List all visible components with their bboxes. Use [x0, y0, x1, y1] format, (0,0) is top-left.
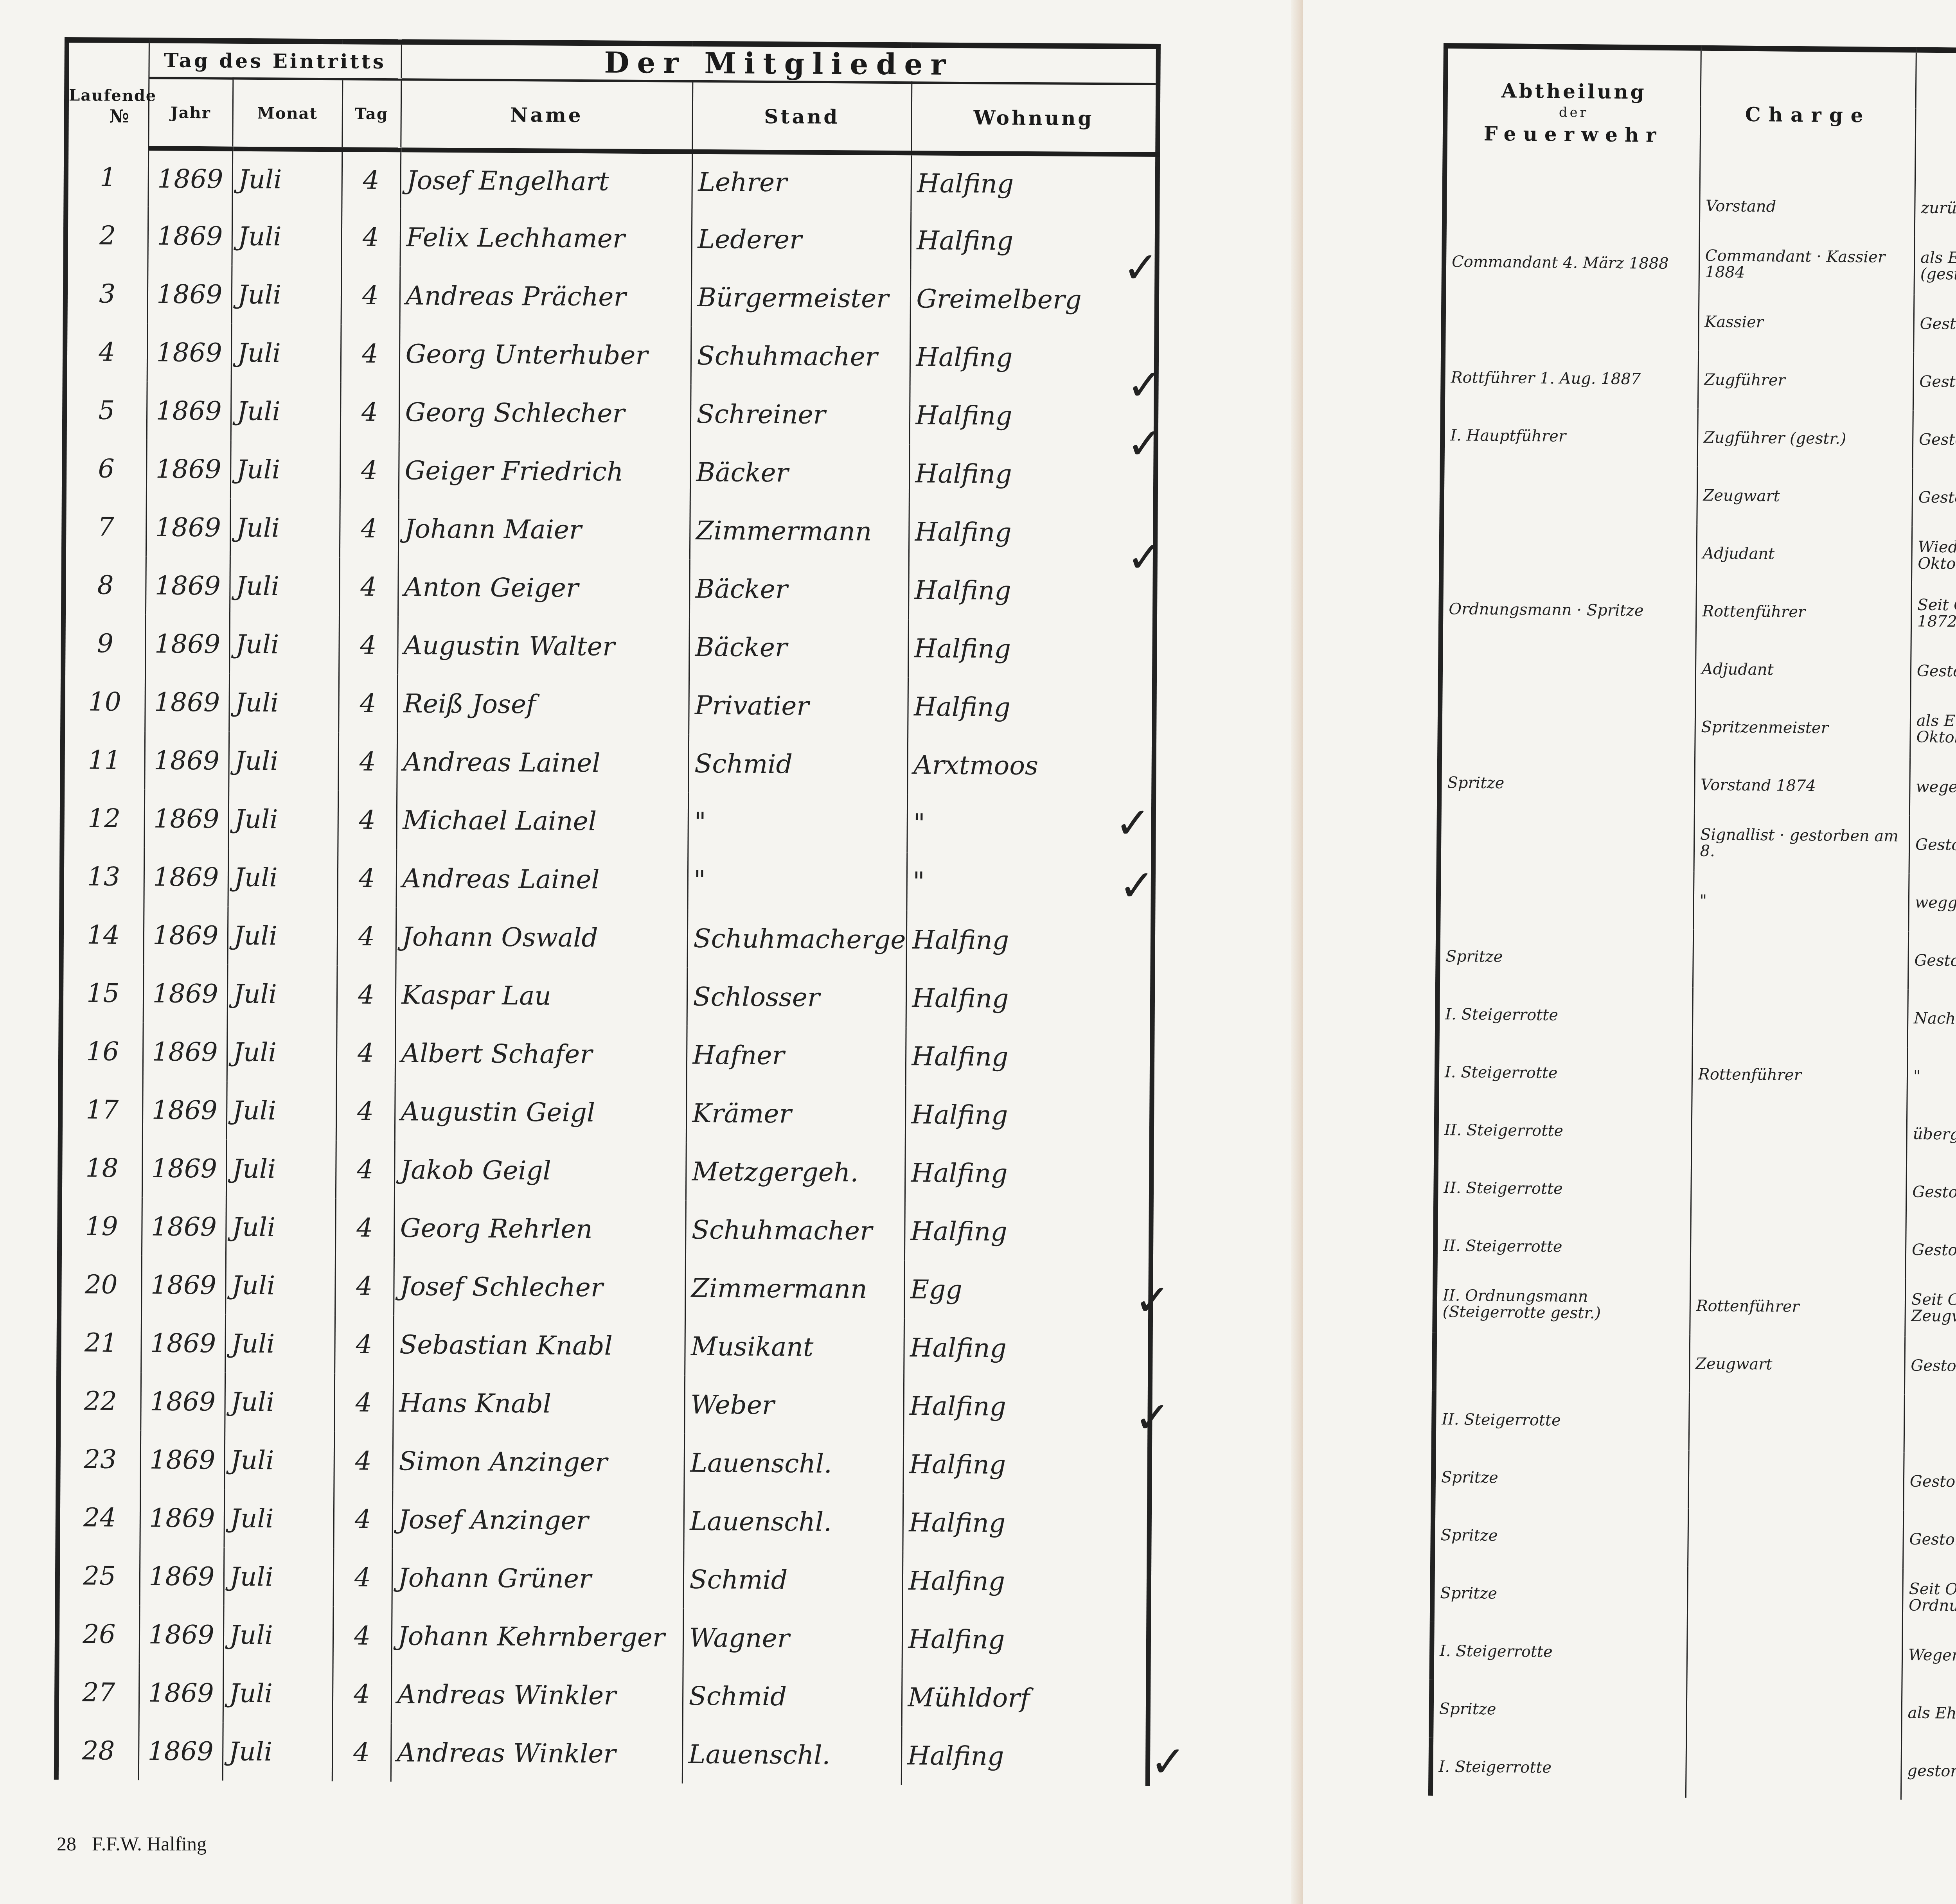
row-number: 3 — [65, 264, 148, 323]
entry-month: Juli — [229, 615, 339, 674]
left-page: Laufende Tag des Eintritts Der Mitgliede… — [0, 0, 1303, 1904]
entry-day: 4 — [336, 1024, 396, 1082]
row-number: 23 — [58, 1430, 140, 1489]
table-row: 141869Juli4Johann OswaldSchuhmachergeh.H… — [61, 905, 1153, 970]
header-der-mitglieder: Der Mitglieder — [401, 42, 1158, 84]
row-number: 18 — [60, 1139, 142, 1197]
entry-day: 4 — [341, 324, 400, 383]
member-occupation: Musikant — [685, 1317, 904, 1377]
entry-year: 1869 — [140, 1547, 224, 1606]
entry-day: 4 — [340, 441, 399, 499]
entry-year: 1869 — [145, 614, 230, 673]
member-residence: Halfing — [908, 561, 1155, 621]
rank: Rottenführer — [1692, 1045, 1908, 1105]
member-occupation: Lederer — [691, 210, 911, 269]
member-residence: " — [906, 852, 1153, 912]
member-name: Geiger Friedrich — [399, 441, 690, 501]
member-name: Kaspar Lau — [396, 966, 687, 1026]
entry-month: Juli — [225, 1256, 335, 1315]
table-row: II. Steigerrotte — [1434, 1390, 1956, 1458]
row-number: 26 — [57, 1605, 140, 1663]
member-name: Sebastian Knabl — [393, 1315, 685, 1376]
table-row: 261869Juli4Johann KehrnbergerWagnerHalfi… — [57, 1605, 1149, 1670]
header-wohnung: Wohnung — [911, 83, 1158, 154]
table-row: 31869Juli4Andreas PrächerBürgermeisterGr… — [65, 264, 1157, 329]
table-row: II. Ordnungsmann (Steigerrotte gestr.)Ro… — [1435, 1275, 1956, 1342]
entry-year: 1869 — [142, 1081, 227, 1139]
row-number: 6 — [64, 439, 147, 498]
table-row: SpritzeSeit Oktober 1879 zurückgetreten … — [1432, 1564, 1956, 1632]
department: I. Steigerrotte — [1437, 985, 1693, 1045]
member-residence: Halfing — [906, 969, 1153, 1029]
table-row: Rottführer 1. Aug. 1887ZugführerGestorbe… — [1443, 348, 1956, 416]
table-row: SpritzeGestorben1871Oktober29 — [1438, 927, 1956, 995]
remarks: Gestorben — [1903, 1510, 1956, 1572]
member-occupation: Lauenschl. — [684, 1434, 903, 1493]
row-number: 7 — [64, 498, 146, 556]
member-residence: Greimelberg — [910, 269, 1157, 329]
department: Rottführer 1. Aug. 1887 — [1443, 348, 1698, 409]
member-occupation: Bäcker — [689, 560, 909, 619]
table-row: "weggezogen 1/X. 19051905Juni1 — [1438, 869, 1956, 937]
entry-year: 1869 — [140, 1489, 224, 1547]
remarks: zurückgetreten als Ehrenmitglied — [1915, 179, 1956, 241]
entry-year: 1869 — [147, 323, 232, 382]
table-row: I. Steigerrottegestorben192928. Febr. — [1431, 1738, 1956, 1805]
row-number: 17 — [60, 1080, 143, 1139]
entry-year: 1869 — [143, 964, 228, 1023]
member-occupation: " — [688, 793, 907, 852]
entry-month: Juli — [225, 1315, 335, 1374]
department: Spritze — [1439, 754, 1695, 814]
department — [1439, 812, 1694, 872]
entry-year: 1869 — [144, 731, 229, 790]
row-number: 1 — [66, 148, 148, 207]
member-name: Georg Schlecher — [399, 383, 691, 443]
checkmark-icon: ✓ — [1127, 532, 1163, 582]
entry-month: Juli — [224, 1489, 334, 1548]
department: I. Steigerrotte — [1431, 1738, 1686, 1798]
department: Ordnungsmann · Spritze — [1441, 580, 1696, 640]
table-row: Ordnungsmann · SpritzeRottenführerSeit O… — [1441, 580, 1956, 648]
table-row: SpritzeVorstand 1874wegen Alter Ehrenmit… — [1439, 754, 1956, 821]
member-occupation: Hafner — [687, 1026, 906, 1085]
row-number: 16 — [61, 1022, 143, 1081]
rank — [1693, 930, 1909, 990]
entry-day: 4 — [333, 1665, 392, 1723]
entry-year: 1869 — [147, 265, 232, 323]
remarks: Seit Oktober 1875 · zurückgetreten 18. J… — [1911, 584, 1956, 645]
rank: Signallist · gestorben am 8. — [1694, 814, 1910, 874]
entry-month: Juli — [227, 965, 337, 1024]
header-veraenderungen: Veränderungen und sonstige Bemerkungen — [1915, 50, 1956, 183]
row-number: 4 — [65, 323, 147, 381]
entry-year: 1869 — [145, 673, 229, 731]
table-row: ZeugwartGestorben1880Juni26 — [1434, 1333, 1956, 1400]
member-name: Johann Kehrnberger — [392, 1607, 683, 1667]
member-name: Andreas Prächer — [400, 266, 692, 327]
member-name: Josef Schlecher — [394, 1257, 685, 1317]
table-row: 61869Juli4Geiger FriedrichBäckerHalfing — [64, 439, 1156, 504]
department — [1441, 522, 1697, 582]
table-row: 111869Juli4Andreas LainelSchmidArxtmoos — [62, 731, 1154, 796]
entry-day: 4 — [338, 790, 397, 849]
table-row: AdjudantGestorben1881August3 — [1440, 638, 1956, 706]
rank: Rottenführer — [1696, 582, 1912, 642]
member-name: Jakob Geigl — [394, 1141, 686, 1201]
row-number: 20 — [59, 1255, 142, 1314]
table-row: 171869Juli4Augustin GeiglKrämerHalfing — [60, 1080, 1152, 1145]
member-register-table-left: Laufende Tag des Eintritts Der Mitgliede… — [54, 37, 1161, 1786]
table-row: 41869Juli4Georg UnterhuberSchuhmacherHal… — [65, 323, 1157, 388]
row-number: 13 — [61, 847, 144, 906]
remarks: Gestorben — [1912, 469, 1956, 530]
member-name: Michael Lainel — [396, 791, 688, 851]
entry-month: Juli — [230, 557, 340, 616]
member-residence: Halfing — [908, 619, 1155, 679]
row-number: 15 — [61, 964, 144, 1022]
department: Spritze — [1433, 1506, 1688, 1566]
row-number: 19 — [59, 1197, 142, 1256]
row-number: 27 — [57, 1663, 139, 1722]
entry-year: 1869 — [148, 148, 232, 207]
entry-month: Juli — [232, 207, 342, 266]
remarks: gestorben — [1901, 1742, 1956, 1803]
member-residence: Halfing — [909, 503, 1156, 562]
member-name: Albert Schafer — [395, 1024, 687, 1084]
member-name: Andreas Lainel — [397, 733, 689, 793]
row-number: 14 — [61, 905, 144, 964]
remarks: Gestorben — [1904, 1336, 1956, 1398]
header-stand: Stand — [692, 81, 911, 153]
member-name: Josef Anzinger — [392, 1490, 684, 1550]
member-residence: Halfing — [905, 1144, 1152, 1203]
member-occupation: Privatier — [689, 676, 908, 736]
member-residence: Halfing — [902, 1493, 1149, 1553]
member-occupation: Bäcker — [690, 443, 910, 503]
department: II. Steigerrotte — [1434, 1390, 1689, 1451]
entry-month: Juli — [223, 1606, 333, 1665]
entry-day: 4 — [335, 1257, 394, 1315]
entry-day: 4 — [333, 1606, 392, 1665]
rank: Vorstand — [1699, 177, 1915, 237]
member-residence: Halfing — [903, 1377, 1150, 1437]
table-row: Commandant 4. März 1888Commandant · Kass… — [1444, 233, 1956, 300]
header-laufende: Laufende — [66, 40, 149, 148]
checkmark-icon: ✓ — [1127, 360, 1163, 410]
entry-month: Juli — [228, 907, 338, 966]
row-number: 8 — [63, 556, 146, 614]
member-residence: Halfing — [905, 1085, 1152, 1145]
entry-day: 4 — [335, 1198, 394, 1257]
entry-year: 1869 — [143, 1022, 227, 1081]
row-number: 11 — [62, 731, 145, 789]
entry-year: 1869 — [144, 848, 228, 906]
entry-year: 1869 — [140, 1372, 225, 1431]
remarks: als Ehrenmitglied übergetreten 6. Okt. 1… — [1902, 1684, 1956, 1745]
rank — [1691, 1161, 1907, 1221]
rank: Zeugwart — [1697, 467, 1913, 526]
remarks: Gestorben · als Mtglied 6. März 1886 — [1913, 353, 1956, 414]
checkmark-icon: ✓ — [1119, 860, 1155, 911]
row-number: 28 — [56, 1721, 139, 1780]
member-residence: Halfing — [904, 1318, 1151, 1378]
row-number: 12 — [62, 789, 144, 848]
department: I. Steigerrotte — [1431, 1622, 1687, 1682]
table-row: 51869Juli4Georg SchlecherSchreinerHalfin… — [65, 381, 1156, 446]
member-name: Andreas Winkler — [391, 1665, 683, 1725]
entry-year: 1869 — [146, 498, 230, 557]
member-occupation: Schuhmachergeh. — [687, 909, 906, 969]
table-row: 191869Juli4Georg RehrlenSchuhmacherHalfi… — [59, 1197, 1151, 1262]
member-occupation: Schuhmacher — [685, 1201, 905, 1260]
member-residence: Mühldorf — [902, 1668, 1149, 1728]
rank: Kassier — [1698, 293, 1914, 353]
member-name: Johann Grüner — [392, 1548, 684, 1609]
entry-month: Juli — [223, 1723, 333, 1782]
entry-day: 4 — [340, 499, 399, 558]
entry-year: 1869 — [141, 1314, 225, 1372]
entry-month: Juli — [227, 1023, 337, 1082]
row-number: 25 — [58, 1547, 140, 1605]
department: II. Steigerrotte — [1436, 1159, 1691, 1219]
member-occupation: Bäcker — [689, 618, 908, 677]
table-row: 151869Juli4Kaspar LauSchlosserHalfing — [61, 964, 1153, 1029]
department — [1440, 696, 1695, 756]
row-number: 21 — [59, 1313, 141, 1372]
member-residence: Halfing — [911, 153, 1158, 213]
checkmark-icon: ✓ — [1150, 1737, 1186, 1787]
member-occupation: Zimmermann — [685, 1259, 904, 1318]
rank — [1686, 1682, 1902, 1742]
department: Spritze — [1431, 1680, 1686, 1740]
entry-year: 1869 — [140, 1430, 225, 1489]
table-row: Spritzenmeisterals Ehrenmitglied zurück … — [1440, 696, 1956, 763]
checkmark-icon: ✓ — [1134, 1392, 1170, 1442]
member-residence: Halfing — [902, 1552, 1149, 1611]
member-occupation: Schmid — [683, 1550, 902, 1610]
row-number: 9 — [63, 614, 146, 673]
entry-day: 4 — [334, 1432, 393, 1490]
member-occupation: Krämer — [686, 1084, 906, 1144]
rank — [1687, 1624, 1903, 1684]
department — [1440, 638, 1695, 698]
remarks: Gestorben (gestr.) übertr. Ehrenmitglied — [1906, 1163, 1956, 1224]
checkmark-icon: ✓ — [1134, 1275, 1170, 1325]
entry-day: 4 — [337, 965, 396, 1024]
header-name: Name — [401, 79, 692, 152]
entry-month: Juli — [223, 1664, 333, 1723]
remarks: Seit Oktober Zugführer 1877 · Adjudant ·… — [1905, 1279, 1956, 1340]
table-row: 161869Juli4Albert SchaferHafnerHalfing — [61, 1022, 1152, 1087]
member-occupation: Schmid — [683, 1667, 902, 1726]
rank — [1689, 1393, 1905, 1453]
table-row: I. SteigerrotteNach München abgereist187… — [1437, 985, 1956, 1053]
department: II. Steigerrotte — [1435, 1217, 1691, 1277]
checkmark-icon: ✓ — [1115, 798, 1151, 848]
member-residence: Halfing — [904, 1202, 1151, 1262]
entry-year: 1869 — [141, 1256, 226, 1314]
department — [1434, 1333, 1690, 1393]
member-residence: Halfing — [909, 444, 1156, 504]
entry-month: Juli — [229, 674, 339, 733]
entry-month: Juli — [231, 382, 341, 441]
remarks: Gestorben 1915 · 10 Okt 1878 Vorstand — [1913, 411, 1956, 472]
entry-month: Juli — [230, 440, 340, 499]
table-row: Spritzeals Ehrenmitglied übergetreten 6.… — [1431, 1680, 1956, 1748]
member-residence: Halfing — [902, 1610, 1149, 1670]
checkmark-icon: ✓ — [1127, 419, 1163, 469]
department: Spritze — [1433, 1448, 1688, 1509]
entry-month: Juli — [224, 1548, 334, 1607]
member-name: Felix Lechhamer — [400, 208, 692, 268]
member-name: Georg Unterhuber — [399, 325, 691, 385]
rank: Zugführer (gestr.) — [1697, 409, 1913, 469]
member-occupation: Wagner — [683, 1609, 902, 1668]
entry-day: 4 — [336, 1140, 395, 1199]
entry-day: 4 — [334, 1373, 393, 1432]
entry-month: Juli — [232, 149, 342, 208]
header-tag: Tag — [342, 79, 401, 150]
rank: Spritzenmeister — [1695, 698, 1911, 758]
member-name: Andreas Lainel — [396, 849, 688, 909]
header-jahr: Jahr — [148, 78, 233, 149]
row-number: 22 — [58, 1372, 141, 1430]
member-residence: Halfing — [910, 211, 1157, 271]
member-name: Johann Maier — [398, 499, 690, 560]
member-name: Johann Oswald — [396, 907, 688, 968]
rank: Zeugwart — [1689, 1335, 1905, 1395]
row-number: 2 — [65, 206, 148, 265]
table-row: 101869Juli4Reiß JosefPrivatierHalfing — [63, 672, 1154, 737]
rank — [1688, 1509, 1904, 1568]
table-row: ZeugwartGestorben1870Mai1 — [1442, 464, 1956, 532]
member-name: Augustin Walter — [397, 616, 689, 676]
table-row: Vorstandzurückgetreten als Ehrenmitglied… — [1444, 175, 1956, 242]
member-occupation: Schlosser — [687, 968, 906, 1027]
member-occupation: Schuhmacher — [691, 327, 910, 386]
remarks: Gestorben — [1906, 1221, 1956, 1282]
rank — [1687, 1566, 1903, 1626]
remarks: " — [1907, 1047, 1956, 1108]
entry-year: 1869 — [146, 440, 231, 498]
remarks: Gestorben — [1914, 295, 1956, 356]
member-occupation: Bürgermeister — [691, 268, 911, 328]
table-row: Signallist · gestorben am 8.Gestorben · … — [1439, 812, 1956, 879]
table-row: 11869Juli4Josef EngelhartLehrerHalfing — [66, 148, 1158, 213]
member-residence: Halfing — [910, 386, 1156, 446]
table-row: 81869Juli4Anton GeigerBäckerHalfing — [63, 556, 1155, 621]
remarks — [1904, 1394, 1956, 1456]
page-footer-left: 28F.F.W. Halfing — [57, 1832, 207, 1855]
member-occupation: Schreiner — [690, 385, 910, 444]
entry-month: Juli — [230, 499, 340, 558]
row-number: 24 — [58, 1488, 140, 1547]
remarks: Nach München abgereist — [1907, 989, 1956, 1051]
entry-day: 4 — [333, 1490, 392, 1548]
header-monat: Monat — [232, 79, 342, 150]
table-row: 211869Juli4Sebastian KnablMusikantHalfin… — [59, 1313, 1151, 1378]
table-row: KassierGestorben1872November28 — [1443, 291, 1956, 358]
entry-year: 1869 — [144, 789, 228, 848]
entry-day: 4 — [336, 1082, 395, 1141]
table-row: 221869Juli4Hans KnablWeberHalfing — [58, 1372, 1150, 1437]
department — [1442, 464, 1697, 524]
table-row: 131869Juli4Andreas Lainel"" — [61, 847, 1153, 912]
entry-day: 4 — [338, 732, 397, 791]
entry-year: 1869 — [147, 381, 231, 440]
rank: Zugführer — [1698, 351, 1914, 411]
member-occupation: Lauenschl. — [683, 1492, 903, 1552]
rank — [1691, 1103, 1907, 1163]
table-row: SpritzeGestorben1869Dezember17 — [1433, 1448, 1956, 1516]
row-number: 5 — [65, 381, 147, 440]
member-residence: Halfing — [908, 677, 1154, 737]
member-residence: Egg — [904, 1260, 1151, 1320]
page-number: 28 — [57, 1833, 76, 1855]
entry-day: 4 — [337, 849, 396, 907]
entry-year: 1869 — [139, 1663, 223, 1722]
department: Spritze — [1438, 927, 1693, 988]
rank: Rottenführer — [1690, 1277, 1906, 1337]
entry-month: Juli — [228, 790, 338, 849]
department: I. Hauptführer — [1442, 406, 1698, 467]
department — [1444, 175, 1700, 235]
member-name: Josef Engelhart — [400, 150, 692, 210]
rank: Vorstand 1874 — [1694, 756, 1910, 816]
member-name: Augustin Geigl — [395, 1082, 687, 1142]
department — [1443, 291, 1699, 351]
entry-day: 4 — [338, 674, 397, 733]
table-row: 91869Juli4Augustin WalterBäckerHalfing — [63, 614, 1155, 679]
member-residence: Halfing — [901, 1726, 1148, 1786]
entry-day: 4 — [332, 1723, 391, 1782]
department — [1438, 869, 1694, 930]
department: Commandant 4. März 1888 — [1444, 233, 1699, 293]
remarks: als Ehrenmitglied zurückgetreten 1875 (g… — [1914, 237, 1956, 298]
table-row: 241869Juli4Josef AnzingerLauenschl.Halfi… — [58, 1488, 1149, 1553]
footer-title: F.F.W. Halfing — [92, 1833, 207, 1855]
entry-year: 1869 — [138, 1722, 223, 1780]
table-row: II. SteigerrotteGestorben1877März9 — [1435, 1217, 1956, 1284]
remarks: Seit Oktober 1879 zurückgetreten · Ordnu… — [1902, 1568, 1956, 1629]
member-residence: Halfing — [906, 1027, 1152, 1087]
table-row: SpritzeGestorben1893März24 — [1433, 1506, 1956, 1574]
entry-month: Juli — [228, 732, 338, 791]
department: II. Steigerrotte — [1436, 1101, 1692, 1161]
header-charge: Charge — [1700, 48, 1916, 179]
entry-year: 1869 — [142, 1139, 227, 1198]
header-tag-des-eintritts: Tag des Eintritts — [149, 40, 401, 79]
rank: Adjudant — [1695, 640, 1911, 700]
entry-month: Juli — [227, 1081, 336, 1141]
member-occupation: Schmid — [688, 735, 908, 794]
checkmark-icon: ✓ — [1123, 242, 1159, 293]
remarks: weggezogen 1/X. 1905 — [1909, 873, 1956, 935]
member-name: Georg Rehrlen — [394, 1199, 686, 1259]
remarks: wegen Alter Ehrenmitglied · Gestorben — [1909, 758, 1956, 819]
entry-year: 1869 — [147, 207, 232, 265]
table-row: 201869Juli4Josef SchlecherZimmermannEgg — [59, 1255, 1151, 1320]
remarks: übergetreten als Ehrenmitglied — [1906, 1105, 1956, 1166]
member-occupation: Lauenschl. — [682, 1725, 902, 1785]
entry-month: Juli — [232, 266, 342, 325]
department: I. Steigerrotte — [1436, 1043, 1692, 1103]
entry-month: Juli — [225, 1373, 334, 1432]
table-row: 71869Juli4Johann MaierZimmermannHalfing — [64, 498, 1156, 562]
member-occupation: Lehrer — [692, 152, 911, 211]
entry-day: 4 — [341, 208, 400, 266]
